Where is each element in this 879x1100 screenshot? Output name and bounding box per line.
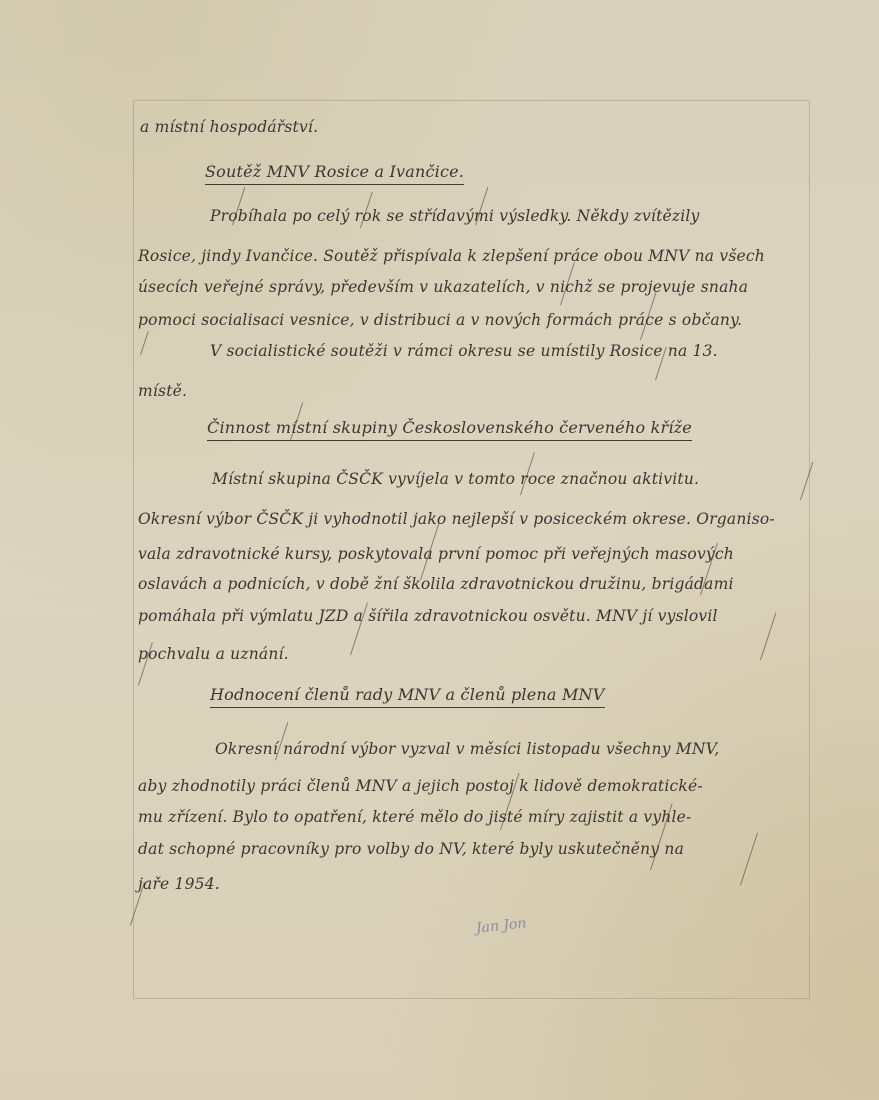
paragraph-line: Rosice, jindy Ivančice. Soutěž přispíval… [138, 247, 765, 265]
paragraph-line: vala zdravotnické kursy, poskytovala prv… [138, 545, 734, 563]
paragraph-line: aby zhodnotily práci členů MNV a jejich … [138, 777, 703, 795]
paragraph-line: Okresní výbor ČSČK ji vyhodnotil jako ne… [138, 510, 775, 528]
paragraph-line: pomoci socialisaci vesnice, v distribuci… [138, 311, 742, 329]
paragraph-line: mu zřízení. Bylo to opatření, které mělo… [138, 808, 692, 826]
section-heading-red-cross: Činnost místní skupiny Československého … [207, 418, 692, 441]
paragraph-line: V socialistické soutěži v rámci okresu s… [210, 342, 718, 360]
paragraph-line: Místní skupina ČSČK vyvíjela v tomto roc… [212, 470, 699, 488]
paragraph-line: Okresní národní výbor vyzval v měsíci li… [215, 740, 719, 758]
paragraph-line: jaře 1954. [138, 875, 220, 893]
paragraph-line: pochvalu a uznání. [138, 645, 289, 663]
section-heading-evaluation: Hodnocení členů rady MNV a členů plena M… [210, 685, 605, 708]
paragraph-line: pomáhala při výmlatu JZD a šířila zdravo… [138, 607, 718, 625]
paragraph-line: dat schopné pracovníky pro volby do NV, … [138, 840, 684, 858]
text-line-continuation: a místní hospodářství. [140, 118, 318, 136]
paragraph-line: oslavách a podnicích, v době žní školila… [138, 575, 734, 593]
paragraph-line: Probíhala po celý rok se střídavými výsl… [210, 207, 700, 225]
scanned-page: a místní hospodářství. Soutěž MNV Rosice… [0, 0, 879, 1100]
section-heading-competition: Soutěž MNV Rosice a Ivančice. [205, 162, 464, 185]
paragraph-line: úsecích veřejné správy, především v ukaz… [138, 278, 748, 296]
paragraph-line: místě. [138, 382, 187, 400]
